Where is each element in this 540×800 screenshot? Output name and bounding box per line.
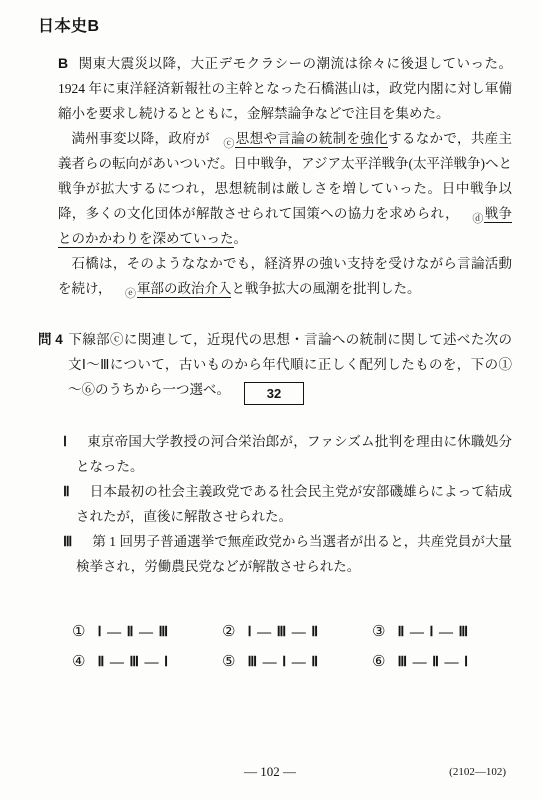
statement-item-2: Ⅱ日本最初の社会主義政党である社会民主党が安部磯雄らによって結成されたが，直後に… [63,479,512,529]
page-title: 日本史B [38,13,540,36]
option-2-circled-number: ② [222,624,235,640]
passage-paragraph-3: 石橋は，そのようななかでも，経済界の強い支持を受けながら言論活動を続け，ⓔ軍部の… [58,251,512,301]
option-2: ②Ⅰ ― Ⅲ ― Ⅱ [222,619,372,646]
passage-section: B関東大震災以降，大正デモクラシーの潮流は徐々に後退していった。1924 年に東… [58,51,512,301]
exam-page: { "page": { "title": "日本史B", "footer": {… [0,0,540,800]
option-3: ③Ⅱ ― Ⅰ ― Ⅲ [372,619,522,646]
circled-d-marker: ⓓ [459,214,484,225]
statement-1-text: 東京帝国大学教授の河合栄治郎が，ファシズム批判を理由に休職処分となった。 [76,434,512,474]
statement-2-label: Ⅱ [63,484,70,499]
underline-c-text: 思想や言論の統制を強化 [235,131,388,148]
option-6: ⑥Ⅲ ― Ⅱ ― Ⅰ [372,649,522,676]
question-text-paragraph: 問 4下線部ⓒに関連して，近現代の思想・言論への統制に関して述べた次の文Ⅰ～Ⅲに… [38,327,512,405]
option-2-sequence: Ⅰ ― Ⅲ ― Ⅱ [247,625,319,640]
passage-part-label: B [58,55,68,71]
statement-item-3: Ⅲ第 1 回男子普通選挙で無産政党から当選者が出ると，共産党員が大量検挙され，労… [63,529,512,579]
para3-text-2: と戦争拡大の風潮を批判した。 [231,281,420,296]
statement-item-1: Ⅰ東京帝国大学教授の河合栄治郎が，ファシズム批判を理由に休職処分となった。 [63,429,512,479]
passage-paragraph-1: B関東大震災以降，大正デモクラシーの潮流は徐々に後退していった。1924 年に東… [58,51,512,126]
option-3-sequence: Ⅱ ― Ⅰ ― Ⅲ [397,625,469,640]
para2-text-3: 。 [234,231,248,246]
option-4: ④Ⅱ ― Ⅲ ― Ⅰ [72,649,222,676]
answer-number-box: 32 [244,382,304,405]
statement-2-text: 日本最初の社会主義政党である社会民主党が安部磯雄らによって結成されたが，直後に解… [76,484,512,524]
answer-options-grid: ①Ⅰ ― Ⅱ ― Ⅲ ②Ⅰ ― Ⅲ ― Ⅱ ③Ⅱ ― Ⅰ ― Ⅲ ④Ⅱ ― Ⅲ … [72,619,540,676]
circled-e-marker: ⓔ [111,289,136,300]
statement-1-label: Ⅰ [63,434,67,449]
underline-e-text: 軍部の政治介入 [137,281,232,298]
option-5: ⑤Ⅲ ― Ⅰ ― Ⅱ [222,649,372,676]
para2-text-1: 満州事変以降，政府が [72,131,210,146]
option-6-sequence: Ⅲ ― Ⅱ ― Ⅰ [397,655,469,670]
option-1-circled-number: ① [72,624,85,640]
option-4-sequence: Ⅱ ― Ⅲ ― Ⅰ [97,655,169,670]
option-1: ①Ⅰ ― Ⅱ ― Ⅲ [72,619,222,646]
question-number-label: 問 4 [38,327,68,352]
statements-list: Ⅰ東京帝国大学教授の河合栄治郎が，ファシズム批判を理由に休職処分となった。 Ⅱ日… [63,429,512,579]
option-4-circled-number: ④ [72,654,85,670]
passage-para1-text: 関東大震災以降，大正デモクラシーの潮流は徐々に後退していった。1924 年に東洋… [58,56,512,121]
statement-3-text: 第 1 回男子普通選挙で無産政党から当選者が出ると，共産党員が大量検挙され，労働… [76,534,512,574]
option-3-circled-number: ③ [372,624,385,640]
passage-paragraph-2: 満州事変以降，政府がⓒ思想や言論の統制を強化するなかで，共産主義者らの転向があい… [58,126,512,251]
option-6-circled-number: ⑥ [372,654,385,670]
option-5-circled-number: ⑤ [222,654,235,670]
circled-c-marker: ⓒ [210,139,235,150]
statement-3-label: Ⅲ [63,534,72,549]
document-code: (2102—102) [449,766,506,778]
option-1-sequence: Ⅰ ― Ⅱ ― Ⅲ [97,625,169,640]
option-5-sequence: Ⅲ ― Ⅰ ― Ⅱ [247,655,319,670]
question-block: 問 4下線部ⓒに関連して，近現代の思想・言論への統制に関して述べた次の文Ⅰ～Ⅲに… [38,327,512,405]
